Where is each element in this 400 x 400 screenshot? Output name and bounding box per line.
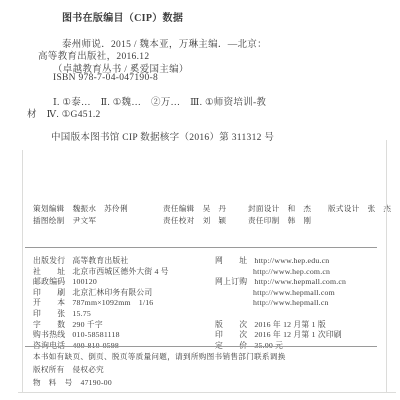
pub-row-hotline: 购书热线010-58581118 xyxy=(33,330,169,341)
credits-column-layout: 版式设计张 杰 xyxy=(328,203,391,215)
pub-value: http://www.hep.edu.cn xyxy=(254,256,329,265)
cip-record-line2: 高等教育出版社，2016.12 xyxy=(38,48,149,62)
pub-value: 2016 年 12 月第 1 次印刷 xyxy=(254,330,341,339)
credit-value: 尹文军 xyxy=(73,216,97,225)
quality-notice: 本书如有缺页、倒页、脱页等质量问题，请到所购图书销售部门联系调换 xyxy=(33,351,286,362)
pub-value: 高等教育出版社 xyxy=(72,256,128,265)
credit-label: 策划编辑 xyxy=(33,204,65,213)
credit-value: 刘 颖 xyxy=(203,216,227,225)
pub-row-spacer xyxy=(215,309,346,320)
copyright-notice: 版权所有 侵权必究 xyxy=(33,364,104,375)
credit-label: 插图绘制 xyxy=(33,216,65,225)
credit-label: 版式设计 xyxy=(328,204,360,213)
credits-column-design: 封面设计和 杰 责任印制韩 刚 xyxy=(248,203,311,227)
pub-label: 邮政编码 xyxy=(33,277,65,288)
pub-row-wordcount: 字 数290 千字 xyxy=(33,320,169,331)
pub-row-format: 开 本787mm×1092mm 1/16 xyxy=(33,298,169,309)
credit-row: 策划编辑魏振水 苏伶俐 xyxy=(33,203,128,215)
pub-label: 印 刷 xyxy=(33,288,65,299)
pub-row-publisher: 出版发行高等教育出版社 xyxy=(33,256,169,267)
pub-row-online-order3: http://www.hepmall.cn xyxy=(215,298,346,309)
pub-row-online-order2: http://www.hepmall.com xyxy=(215,288,346,299)
pub-row-impression: 印 次2016 年 12 月第 1 次印刷 xyxy=(215,330,346,341)
pub-value: http://www.hepmall.com xyxy=(253,288,335,297)
pub-value: 787mm×1092mm 1/16 xyxy=(72,298,153,307)
pub-label: 印 张 xyxy=(33,309,65,320)
cip-registry-line: 中国版本图书馆 CIP 数据核字（2016）第 311312 号 xyxy=(51,129,274,143)
pub-value: http://www.hepmall.cn xyxy=(253,298,329,307)
page-edge-right xyxy=(386,140,387,392)
pub-value: 2016 年 12 月第 1 版 xyxy=(254,320,325,329)
pub-label: 购书热线 xyxy=(33,330,65,341)
credit-row: 版式设计张 杰 xyxy=(328,203,391,215)
pub-label: 社 址 xyxy=(33,267,65,278)
pub-value: 100120 xyxy=(72,277,97,286)
pub-label: 出版发行 xyxy=(33,256,65,267)
pub-label: 网上订购 xyxy=(215,277,247,288)
credit-value: 韩 刚 xyxy=(288,216,312,225)
credits-column-editing: 责任编辑吴 丹 责任校对刘 颖 xyxy=(163,203,226,227)
pub-value: 北京市西城区德外大街 4 号 xyxy=(72,267,168,276)
divider-top xyxy=(25,247,377,248)
pub-label: 印 次 xyxy=(215,330,247,341)
pub-label: 开 本 xyxy=(33,298,65,309)
isbn-line: ISBN 978-7-04-047190-8 xyxy=(53,73,158,83)
pub-row-online-order: 网上订购http://www.hepmall.com.cn xyxy=(215,277,346,288)
pub-label: 版 次 xyxy=(215,320,247,331)
pub-value: 290 千字 xyxy=(72,320,102,329)
pub-value: http://www.hepmall.com.cn xyxy=(254,277,346,286)
credit-label: 封面设计 xyxy=(248,204,280,213)
pub-value: 15.75 xyxy=(72,309,91,318)
pub-row-website2: http://www.hep.com.cn xyxy=(215,267,346,278)
cip-classification-line2: 材 Ⅳ. ①G451.2 xyxy=(27,106,101,120)
material-number-value: 47190-00 xyxy=(80,378,112,387)
pub-row-sheets: 印 张15.75 xyxy=(33,309,169,320)
credits-column-planning: 策划编辑魏振水 苏伶俐 插图绘制尹文军 xyxy=(33,203,128,227)
credit-value: 和 杰 xyxy=(288,204,312,213)
pub-row-edition: 版 次2016 年 12 月第 1 版 xyxy=(215,320,346,331)
publication-info-left: 出版发行高等教育出版社 社 址北京市西城区德外大街 4 号 邮政编码100120… xyxy=(33,256,169,351)
credit-row: 插图绘制尹文军 xyxy=(33,215,128,227)
material-number-row: 物 料 号47190-00 xyxy=(33,377,112,388)
pub-label: 网 址 xyxy=(215,256,247,267)
material-number-label: 物 料 号 xyxy=(33,378,72,387)
credit-value: 张 杰 xyxy=(368,204,392,213)
credit-value: 魏振水 苏伶俐 xyxy=(73,204,128,213)
pub-value: 010-58581118 xyxy=(72,330,119,339)
cip-heading: 图书在版编目（CIP）数据 xyxy=(62,9,183,24)
pub-row-address: 社 址北京市西城区德外大街 4 号 xyxy=(33,267,169,278)
divider-bottom xyxy=(25,346,377,347)
page-edge-bottom xyxy=(18,392,396,393)
credit-row: 责任校对刘 颖 xyxy=(163,215,226,227)
credit-label: 责任印制 xyxy=(248,216,280,225)
pub-value: 北京汇林印务有限公司 xyxy=(72,288,152,297)
credit-label: 责任编辑 xyxy=(163,204,195,213)
page-edge-left xyxy=(22,150,23,392)
credit-label: 责任校对 xyxy=(163,216,195,225)
pub-value: http://www.hep.com.cn xyxy=(253,267,330,276)
publication-info-right: 网 址http://www.hep.edu.cn http://www.hep.… xyxy=(215,256,346,351)
credit-value: 吴 丹 xyxy=(203,204,227,213)
cip-copyright-page: 图书在版编目（CIP）数据 泰州师说．2015 / 魏本亚，万琳主编．—北京： … xyxy=(0,0,400,400)
credit-row: 责任编辑吴 丹 xyxy=(163,203,226,215)
pub-label: 字 数 xyxy=(33,320,65,331)
pub-row-postcode: 邮政编码100120 xyxy=(33,277,169,288)
credit-row: 封面设计和 杰 xyxy=(248,203,311,215)
pub-row-printer: 印 刷北京汇林印务有限公司 xyxy=(33,288,169,299)
pub-row-website: 网 址http://www.hep.edu.cn xyxy=(215,256,346,267)
credit-row: 责任印制韩 刚 xyxy=(248,215,311,227)
